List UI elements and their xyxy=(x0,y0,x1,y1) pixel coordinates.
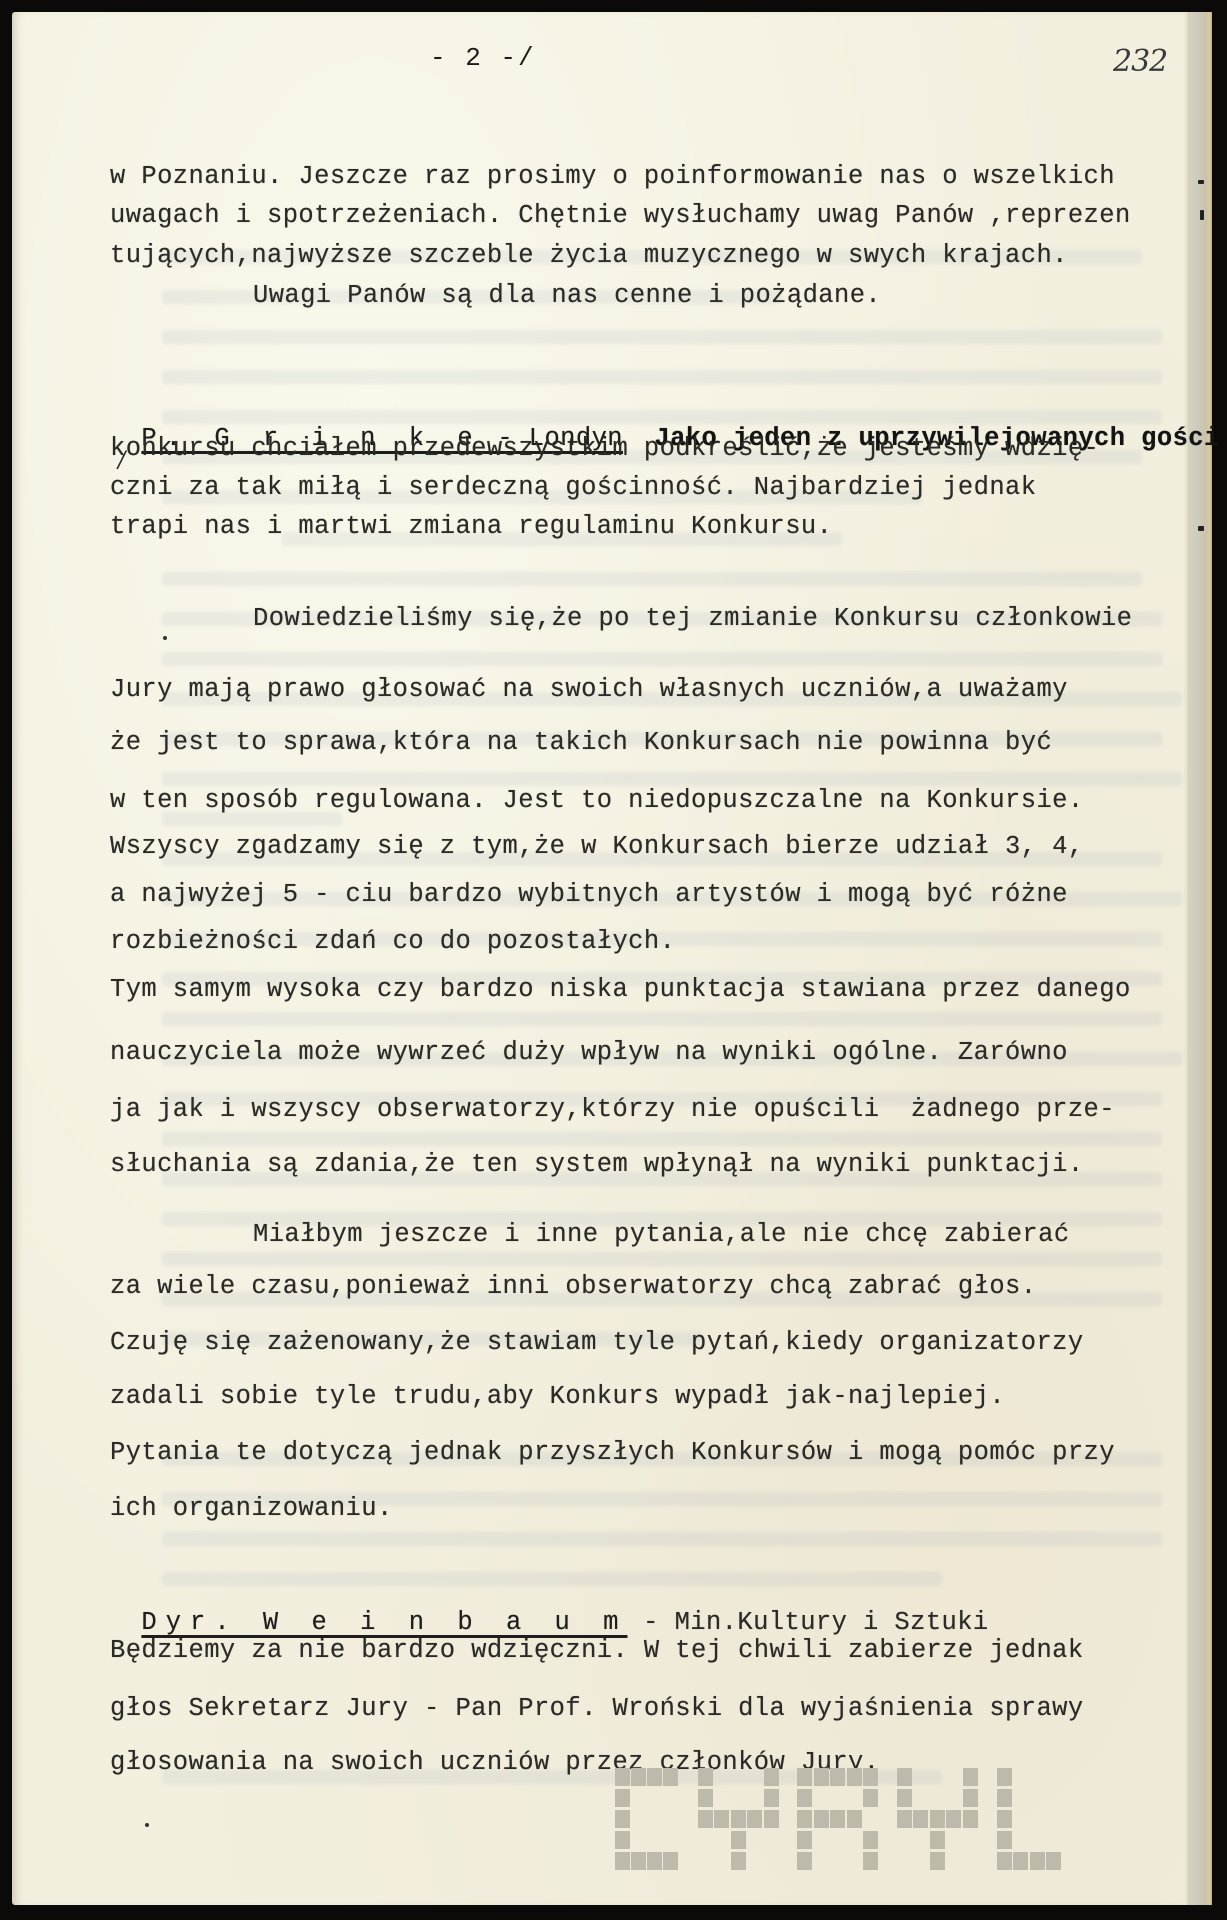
text-line: tujących,najwyższe szczeble życia muzycz… xyxy=(110,241,1068,271)
text-line: Jury mają prawo głosować na swoich własn… xyxy=(110,675,1068,705)
text-line: Będziemy za nie bardzo wdzięczni. W tej … xyxy=(110,1636,1084,1666)
text-line: że jest to sprawa,która na takich Konkur… xyxy=(110,728,1052,758)
edge-mark xyxy=(1198,180,1204,184)
show-through-line xyxy=(162,572,1142,586)
handwritten-folio-number: 232 xyxy=(1113,44,1167,79)
ink-dot xyxy=(145,1823,149,1827)
text-line: za wiele czasu,ponieważ inni obserwatorz… xyxy=(110,1272,1036,1302)
speaker-name-underlined: Dyr. W e i n b a u m xyxy=(141,1608,627,1637)
text-line: Wszyscy zgadzamy się z tym,że w Konkursa… xyxy=(110,832,1084,862)
text-line: głos Sekretarz Jury - Pan Prof. Wroński … xyxy=(110,1694,1084,1724)
text-line: uwagach i spotrzeżeniach. Chętnie wysłuc… xyxy=(110,201,1131,231)
text-line: Dowiedzieliśmy się,że po tej zmianie Kon… xyxy=(253,604,1132,634)
page-edge xyxy=(1184,12,1212,1905)
show-through-line xyxy=(162,1252,1162,1266)
text-line: a najwyżej 5 - ciu bardzo wybitnych arty… xyxy=(110,880,1068,910)
show-through-line xyxy=(162,1132,1162,1146)
edge-mark xyxy=(1198,526,1204,531)
text-line: konkursu chciałem przedewszystkim podkre… xyxy=(110,434,1099,464)
text-line: ich organizowaniu. xyxy=(110,1494,393,1524)
page-number-header: - 2 -/ xyxy=(430,43,536,73)
show-through-line xyxy=(162,370,1162,384)
text-line: rozbieżności zdań co do pozostałych. xyxy=(110,927,675,957)
text-line: w ten sposób regulowana. Jest to niedopu… xyxy=(110,786,1084,816)
text-line: nauczyciela może wywrzeć duży wpływ na w… xyxy=(110,1038,1068,1068)
ink-dot xyxy=(163,636,167,640)
show-through-line xyxy=(162,772,1182,786)
text-line: czni za tak miłą i serdeczną gościnność.… xyxy=(110,473,1036,503)
text-line: Czuję się zażenowany,że stawiam tyle pyt… xyxy=(110,1328,1084,1358)
text-line: Uwagi Panów są dla nas cenne i pożądane. xyxy=(253,281,881,311)
text-line: zadali sobie tyle trudu,aby Konkurs wypa… xyxy=(110,1382,1005,1412)
text-line: Tym samym wysoka czy bardzo niska punkta… xyxy=(110,975,1131,1005)
text-line: Miałbym jeszcze i inne pytania,ale nie c… xyxy=(253,1220,1070,1250)
text-line: w Poznaniu. Jeszcze raz prosimy o poinfo… xyxy=(110,162,1115,192)
edge-mark xyxy=(1200,210,1204,220)
text-line: słuchania są zdania,że ten system wpłyną… xyxy=(110,1150,1084,1180)
show-through-line xyxy=(162,1532,1162,1546)
speaker-affiliation: - Min.Kultury i Sztuki xyxy=(643,1608,988,1637)
text-line: Pytania te dotyczą jednak przyszłych Kon… xyxy=(110,1438,1115,1468)
speaker-line: Dyr. W e i n b a u m - Min.Kultury i Szt… xyxy=(110,1578,989,1638)
speaker-name: Dyr. W e i n b a u m xyxy=(141,1608,627,1637)
show-through-line xyxy=(162,330,1162,344)
text-line: trapi nas i martwi zmiana regulaminu Kon… xyxy=(110,512,832,542)
show-through-line xyxy=(162,652,1162,666)
show-through-line xyxy=(162,1012,1162,1026)
text-line: ja jak i wszyscy obserwatorzy,którzy nie… xyxy=(110,1095,1115,1125)
